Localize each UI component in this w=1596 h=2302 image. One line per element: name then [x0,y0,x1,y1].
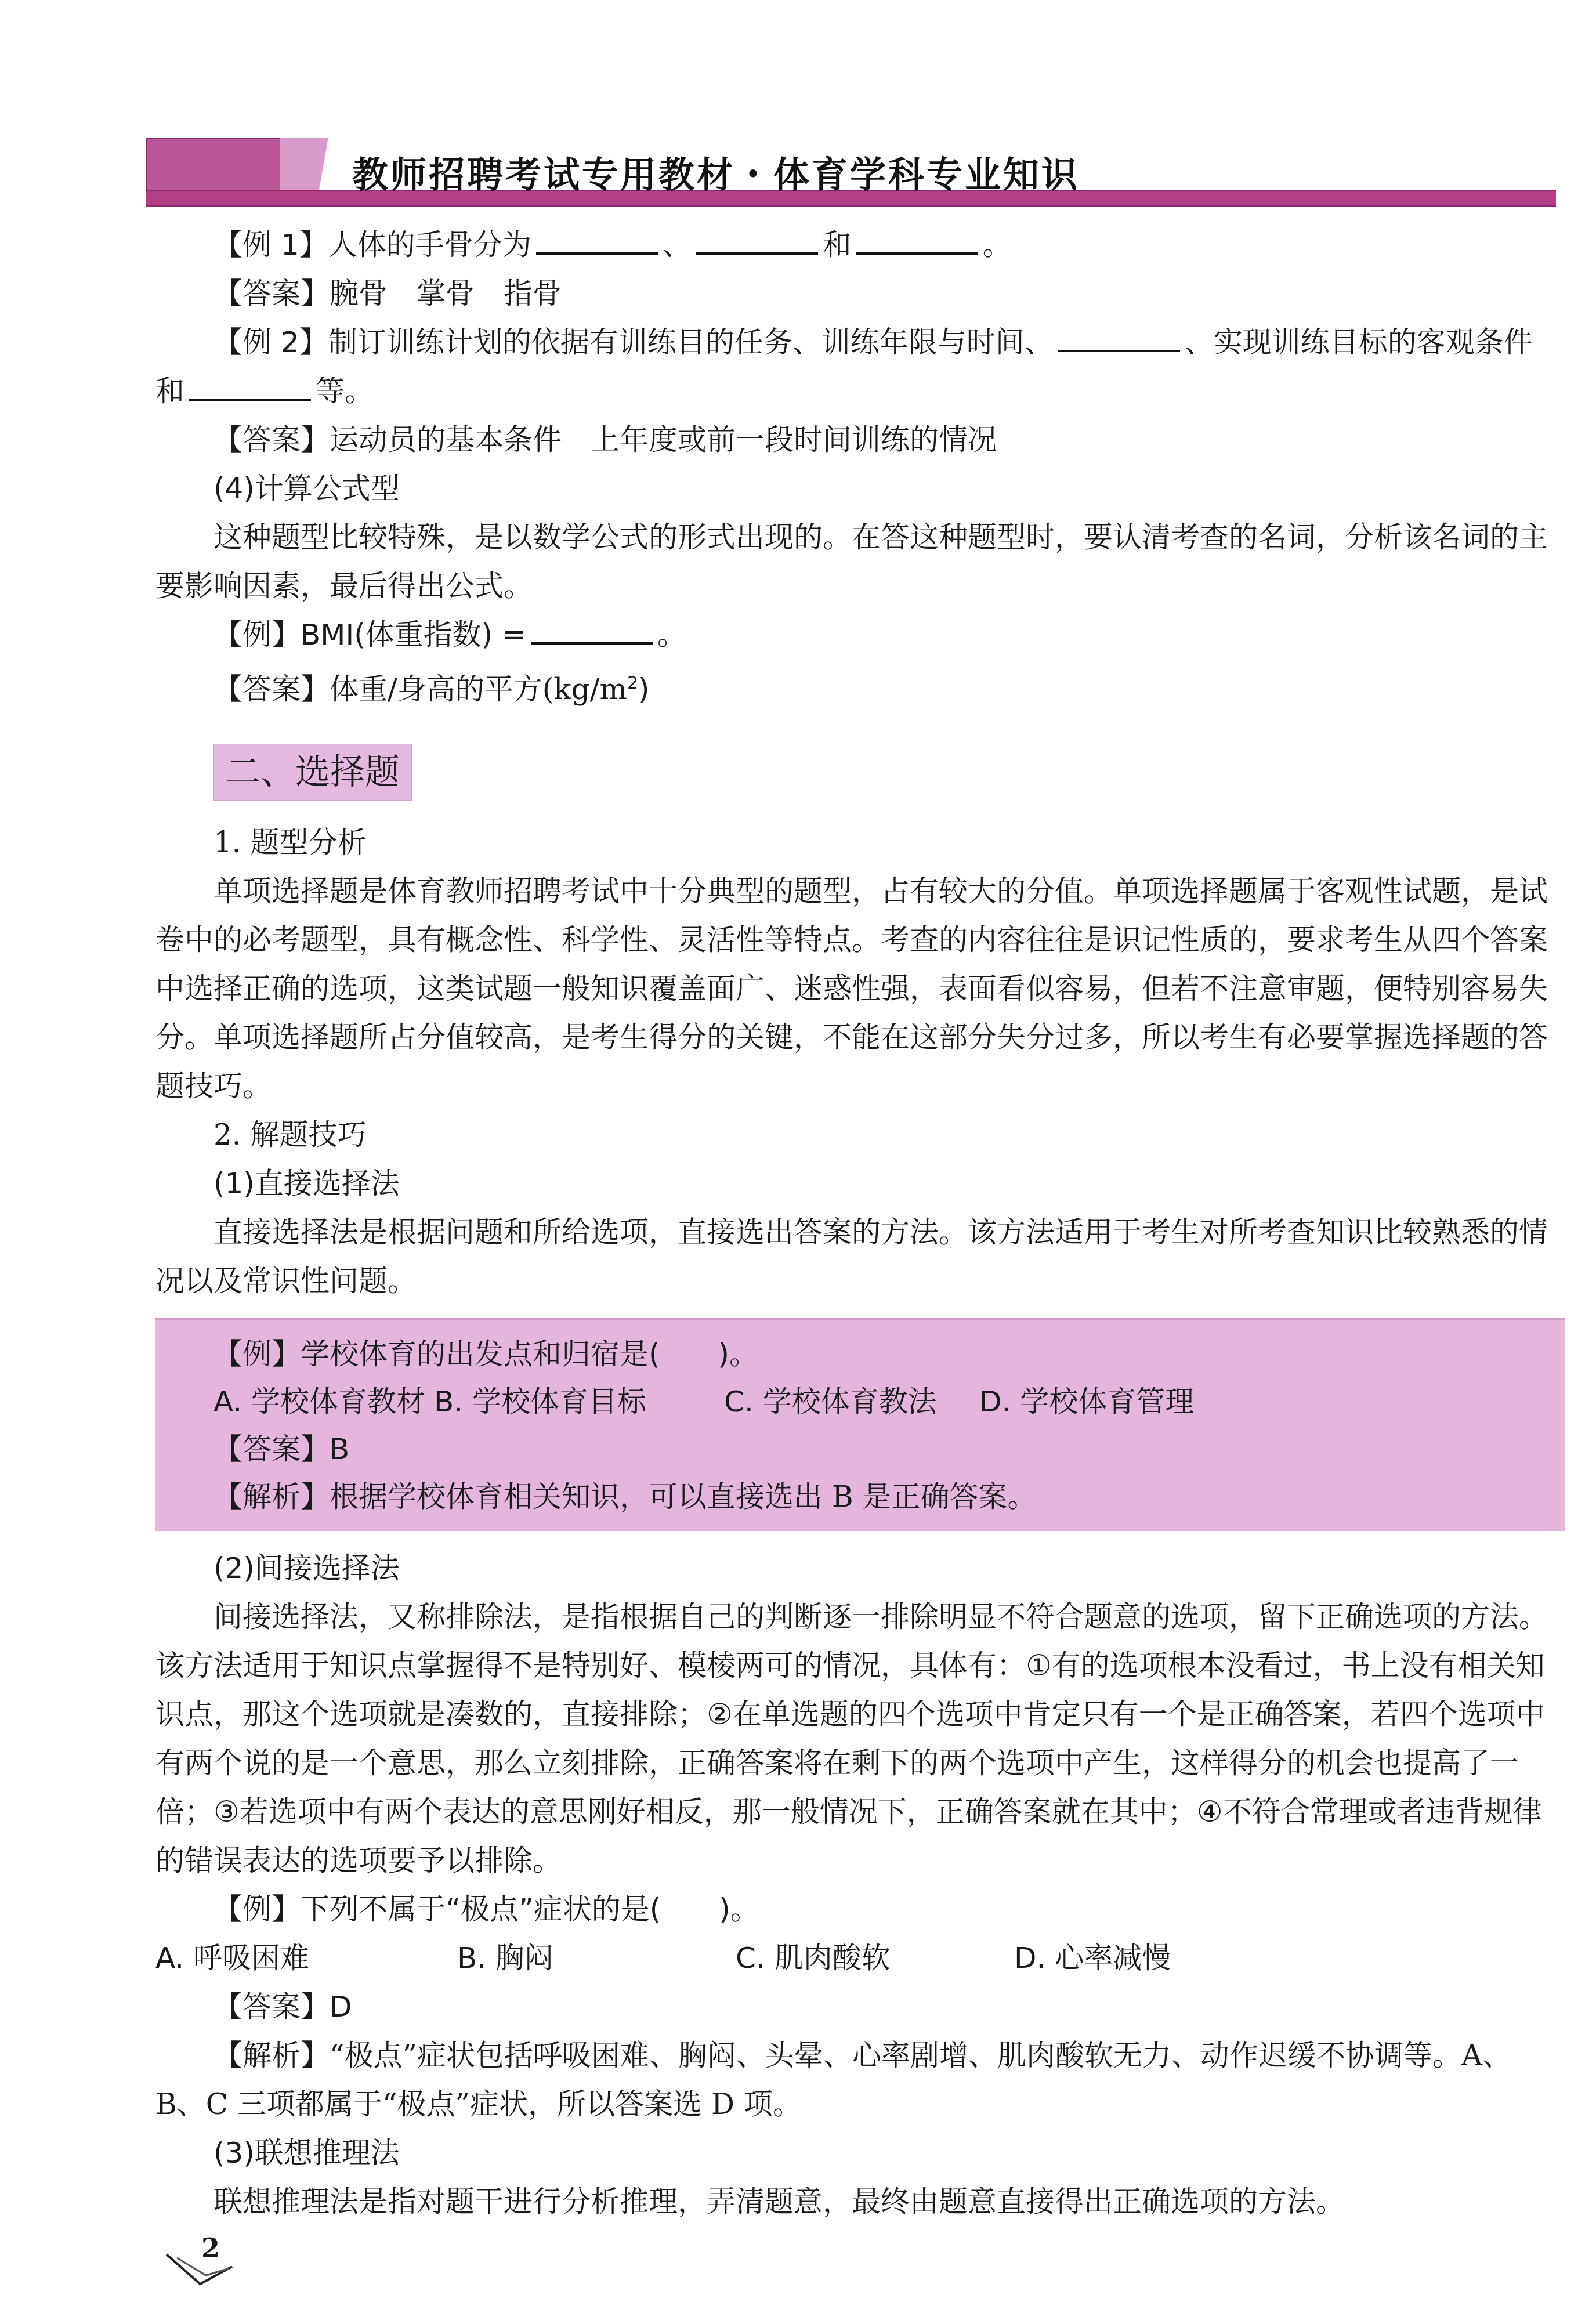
option-a: A. 呼吸困难 [155,1934,457,1982]
option-d: D. 学校体育管理 [979,1378,1194,1425]
formula-type-heading: (4)计算公式型 [155,464,1554,513]
fill-blank [531,619,653,645]
example-options: A. 学校体育教材 B. 学校体育目标 C. 学校体育教法 D. 学校体育管理 [213,1378,1565,1425]
subheading-analysis: 1. 题型分析 [155,818,1554,867]
section-title-choice: 二、选择题 [213,744,412,801]
page-number: 2 [165,2229,252,2293]
option-b: B. 胸闷 [457,1934,736,1982]
book-title: 教师招聘考试专用教材・体育学科专业知识 [352,146,1080,198]
formula-example: 【例】BMI(体重指数) =。 [155,610,1554,659]
example-analysis: 【解析】根据学校体育相关知识，可以直接选出 B 是正确答案。 [213,1473,1565,1521]
fill-blank [1058,327,1180,352]
method1-paragraph: 直接选择法是根据问题和所给选项，直接选出答案的方法。该方法适用于考生对所考查知识… [155,1208,1554,1305]
example-1: 【例 1】人体的手骨分为、和。 [155,220,1554,269]
fill-blank [536,229,658,255]
formula-answer: 【答案】体重/身高的平方(kg/m2) [155,659,1554,714]
method2-example-options: A. 呼吸困难 B. 胸闷 C. 肌肉酸软 D. 心率减慢 [155,1934,1554,1982]
method3-paragraph: 联想推理法是指对题干进行分析推理，弄清题意，最终由题意直接得出正确选项的方法。 [155,2177,1554,2226]
subheading-techniques: 2. 解题技巧 [155,1110,1554,1159]
analysis-paragraph: 单项选择题是体育教师招聘考试中十分典型的题型，占有较大的分值。单项选择题属于客观… [155,867,1554,1110]
option-a: A. 学校体育教材 [213,1378,434,1425]
example-question: 【例】学校体育的出发点和归宿是( )。 [213,1330,1565,1378]
example-answer: 【答案】B [213,1425,1565,1473]
option-d: D. 心率减慢 [1014,1934,1171,1982]
fill-blank [856,229,978,255]
page-number-text: 2 [201,2232,220,2264]
method2-example-analysis: 【解析】“极点”症状包括呼吸困难、胸闷、头晕、心率剧增、肌肉酸软无力、动作迟缓不… [155,2031,1554,2129]
method2-example-question: 【例】下列不属于“极点”症状的是( )。 [155,1885,1554,1934]
option-b: B. 学校体育目标 [434,1378,724,1425]
answer-1: 【答案】腕骨 掌骨 指骨 [155,269,1554,318]
fill-blank [189,375,311,401]
option-c: C. 学校体育教法 [724,1378,979,1425]
formula-type-paragraph: 这种题型比较特殊，是以数学公式的形式出现的。在答这种题型时，要认清考查的名词，分… [155,513,1554,610]
page-header: 教师招聘考试专用教材・体育学科专业知识 [146,138,1562,207]
example-2: 【例 2】制订训练计划的依据有训练目的任务、训练年限与时间、、实现训练目标的客观… [155,318,1554,415]
method2-paragraph: 间接选择法，又称排除法，是指根据自己的判断逐一排除明显不符合题意的选项，留下正确… [155,1592,1554,1885]
fill-blank [696,229,818,255]
answer-2: 【答案】运动员的基本条件 上年度或前一段时间训练的情况 [155,415,1554,464]
method2-heading: (2)间接选择法 [155,1544,1554,1592]
page-content: 【例 1】人体的手骨分为、和。 【答案】腕骨 掌骨 指骨 【例 2】制订训练计划… [155,220,1554,2226]
option-c: C. 肌肉酸软 [736,1934,1014,1982]
example-box-direct: 【例】学校体育的出发点和归宿是( )。 A. 学校体育教材 B. 学校体育目标 … [155,1318,1565,1531]
method1-heading: (1)直接选择法 [155,1159,1554,1208]
method3-heading: (3)联想推理法 [155,2129,1554,2177]
method2-example-answer: 【答案】D [155,1982,1554,2031]
